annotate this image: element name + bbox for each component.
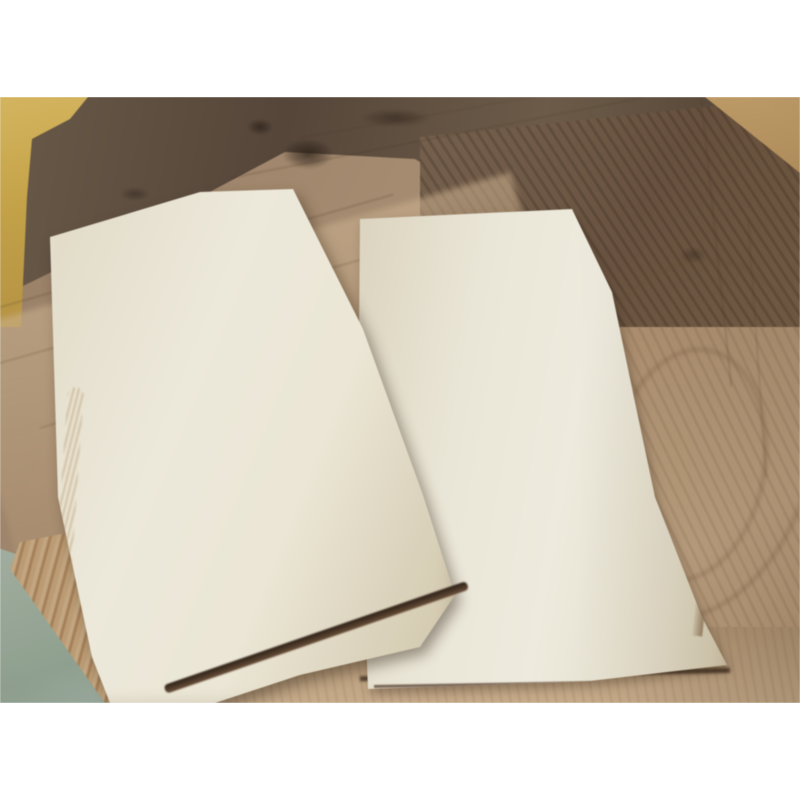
text-line [98,225,99,229]
text-line [98,225,99,229]
text-line [98,225,99,229]
text-line [98,225,99,229]
text-line [98,225,99,229]
left-booklet [40,177,470,703]
text-line [98,225,99,229]
text-line [98,225,99,229]
text-line [98,225,99,229]
wood-stain [360,109,430,127]
text-line [98,225,99,229]
text-line [98,225,99,229]
text-line [98,225,99,229]
text-line [104,224,105,227]
white-band-top [0,0,800,97]
left-page-text [98,169,331,225]
text-line [98,225,99,229]
text-line [98,225,99,229]
text-line [98,225,99,228]
text-line [104,224,105,227]
text-line [104,224,105,227]
text-line [98,225,99,229]
left-booklet-page [40,177,470,703]
text-line [98,225,99,229]
text-line [98,225,99,228]
wood-stain [282,139,334,169]
text-line [98,225,99,229]
wood-stain [247,119,273,135]
text-line [98,225,99,229]
text-line [98,225,99,229]
text-line [104,224,105,227]
text-line [98,225,99,229]
left-page-stack-edges [48,387,84,677]
text-line [98,225,99,228]
text-line [104,224,105,227]
text-line [98,225,99,229]
text-line [98,225,99,229]
text-line [98,225,99,229]
text-line [97,222,98,225]
photo-of-books-on-wood-floor [0,97,800,703]
right-page-under-edge [692,258,742,637]
text-line [98,225,99,229]
text-line [104,224,105,227]
text-line [98,225,99,229]
white-band-bottom [0,703,800,800]
